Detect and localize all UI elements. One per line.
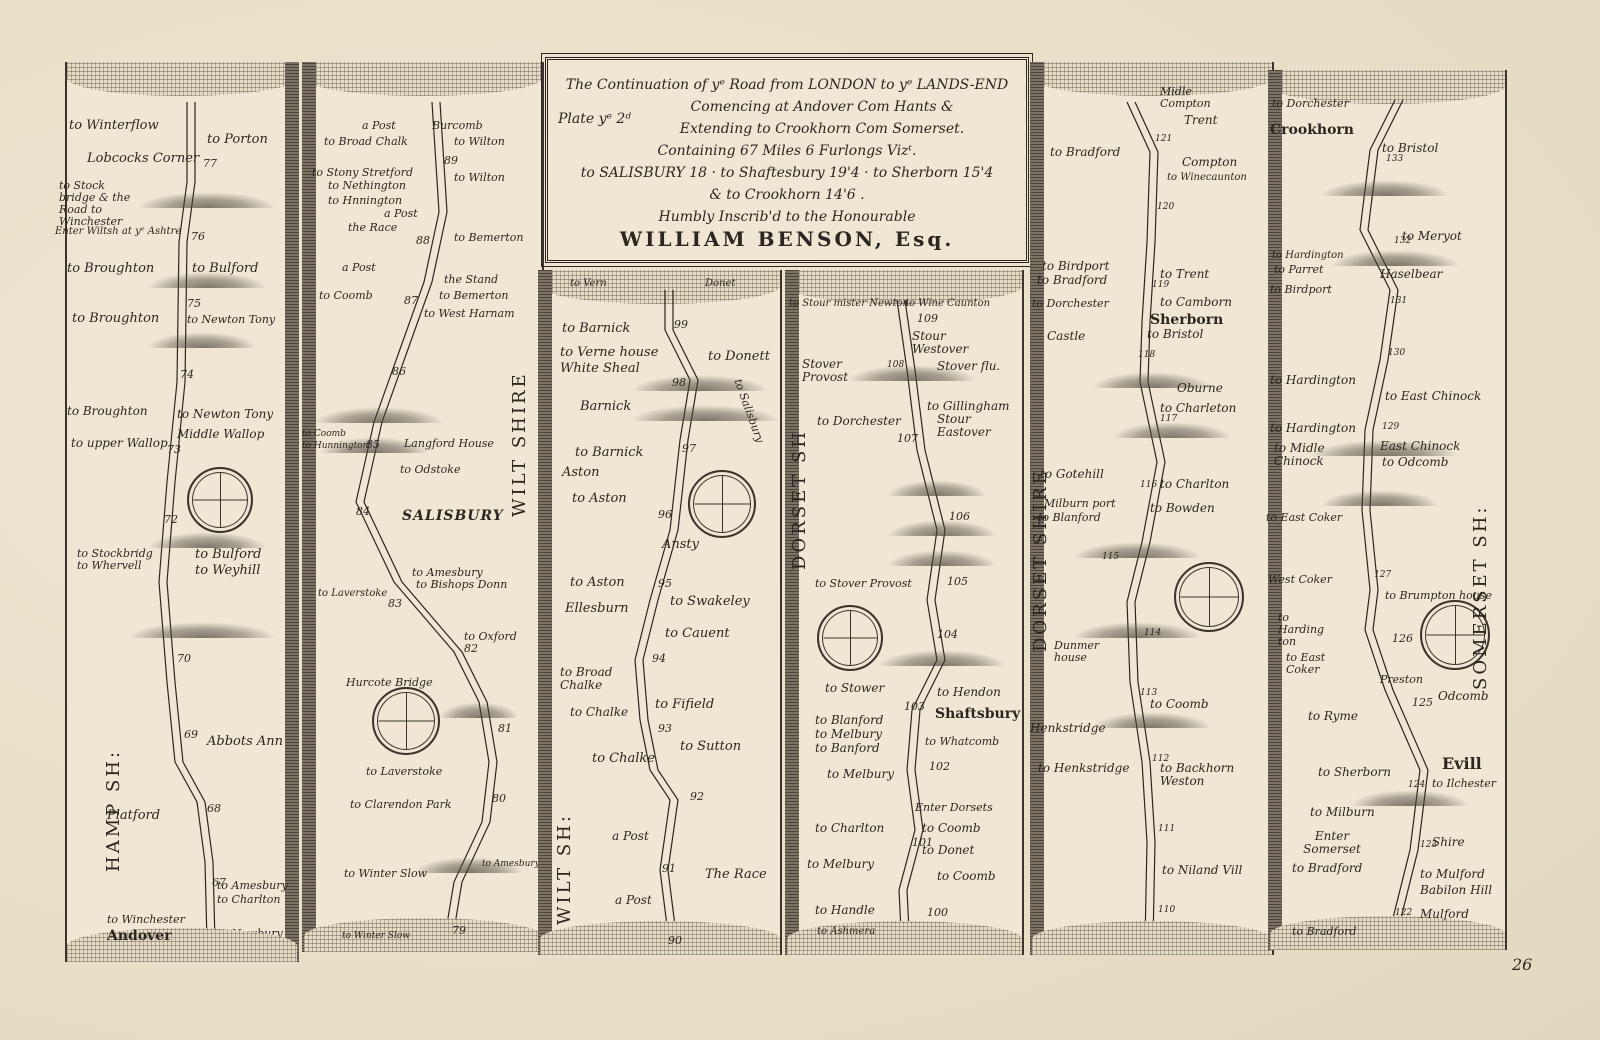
- scroll-roll-bottom: [67, 928, 297, 962]
- scroll-shade: [538, 270, 552, 955]
- label: to Clarendon Park: [350, 799, 452, 811]
- label: Stour Eastover: [937, 413, 997, 439]
- label: to Ashmera: [817, 926, 875, 937]
- label: to Wilton: [454, 172, 505, 184]
- label: Preston: [1380, 674, 1423, 686]
- label: Compton: [1182, 156, 1237, 169]
- label: to Bulford: [195, 548, 261, 562]
- milestone: 85: [366, 438, 380, 451]
- title-line: & to Crookhorn 14'6 .: [548, 184, 1026, 206]
- label: to Backhorn Weston: [1160, 762, 1250, 788]
- milestone: 87: [404, 294, 418, 307]
- label: to Broad Chalk: [324, 136, 408, 148]
- label: to Camborn: [1160, 296, 1232, 309]
- label: to Winter Slow: [344, 868, 427, 880]
- compass-rose-icon: [688, 470, 756, 538]
- label: to West Harnam: [424, 308, 515, 320]
- scroll-shade: [285, 62, 299, 962]
- label: to Ryme: [1308, 710, 1358, 723]
- milestone: 76: [191, 230, 205, 243]
- label: to Hardington: [1272, 250, 1344, 261]
- milestone: 116: [1140, 480, 1157, 490]
- town-sherborn: Sherborn: [1150, 312, 1223, 328]
- label: to Aston: [572, 492, 627, 506]
- milestone: 123: [1420, 840, 1437, 850]
- milestone: 101: [912, 836, 933, 849]
- label: to Hnnington: [328, 195, 402, 207]
- scroll-shade: [1268, 70, 1282, 950]
- label: Dunmer house: [1054, 640, 1104, 664]
- label: to Harding ton: [1278, 612, 1338, 648]
- milestone: 93: [658, 722, 672, 735]
- label: to Wilton: [454, 136, 505, 148]
- label: Milburn port: [1044, 498, 1116, 510]
- label: to Bristol: [1147, 328, 1203, 341]
- label: to Melbury: [827, 768, 894, 781]
- scroll-roll-bottom: [304, 918, 542, 952]
- milestone: 112: [1152, 754, 1169, 764]
- scroll-shade: [302, 62, 316, 952]
- county-label: DORSET SHIRE: [1030, 468, 1051, 652]
- label: Trent: [1184, 114, 1217, 127]
- label: to Bradford: [1292, 862, 1362, 875]
- label: East Chinock: [1380, 440, 1460, 453]
- label: Stover Provost: [802, 358, 852, 384]
- county-label: SOMERSET SH:: [1470, 504, 1491, 690]
- label: to Parret: [1274, 264, 1323, 276]
- town-crookhorn: Crookhorn: [1270, 122, 1354, 138]
- milestone: 114: [1144, 628, 1161, 638]
- label: to Amesbury: [217, 880, 288, 892]
- label: to Verne house: [560, 346, 658, 360]
- label: to Hunnington: [302, 442, 368, 452]
- label: to Coomb: [302, 430, 346, 440]
- label: Hurcote Bridge: [346, 677, 433, 689]
- milestone: 102: [929, 760, 950, 773]
- milestone: 118: [1138, 350, 1155, 360]
- title-line: to SALISBURY 18 · to Shaftesbury 19'4 · …: [548, 162, 1026, 184]
- milestone: 109: [917, 312, 938, 325]
- page-number: 26: [1512, 955, 1532, 974]
- label: to Stock bridge & the Road to Winchester: [59, 180, 139, 228]
- label: Ellesburn: [565, 602, 628, 616]
- label: to Banford: [815, 742, 880, 755]
- label: to Fifield: [655, 698, 714, 712]
- milestone: 80: [492, 792, 506, 805]
- label: to Hendon: [937, 686, 1001, 699]
- hills-icon: [1320, 180, 1450, 196]
- label: a Post: [384, 208, 418, 220]
- label: Enter Dorsets: [915, 802, 993, 814]
- compass-rose-icon: [1174, 562, 1244, 632]
- hills-icon: [1092, 712, 1212, 728]
- label: to Nethington: [328, 180, 406, 192]
- label: to Coomb: [319, 290, 373, 302]
- milestone: 96: [658, 508, 672, 521]
- label: to Odcomb: [1382, 456, 1448, 469]
- milestone: 99: [674, 318, 688, 331]
- label: to Weyhill: [195, 564, 260, 578]
- label: to Dorchester: [1272, 98, 1349, 110]
- label: to Newton Tony: [177, 408, 273, 421]
- strip-shaftsbury: to Stour mister Newton to Wine Caunton S…: [785, 270, 1024, 955]
- label: to Whervell: [77, 560, 141, 572]
- label: to Stover Provost: [815, 578, 912, 590]
- county-label: WILT SH:: [554, 813, 575, 925]
- label: Middle Wallop: [177, 428, 264, 441]
- label: to Swakeley: [670, 595, 750, 609]
- milestone: 98: [672, 376, 686, 389]
- label: to Mulford: [1420, 868, 1485, 881]
- label: to Dorchester: [817, 415, 901, 428]
- label: to Porton: [207, 133, 268, 147]
- label: the Race: [348, 222, 397, 234]
- label: Henkstridge: [1030, 722, 1106, 735]
- scroll-roll-top: [1032, 62, 1272, 96]
- title-cartouche: The Continuation of yᵉ Road from LONDON …: [545, 57, 1029, 263]
- label: Ansty: [662, 538, 699, 552]
- scroll-roll-bottom: [540, 921, 780, 955]
- label: to Stony Stretford: [312, 167, 413, 179]
- milestone: 105: [947, 575, 968, 588]
- title-line: The Continuation of yᵉ Road from LONDON …: [548, 74, 1026, 96]
- label: to Milburn: [1310, 806, 1375, 819]
- label: to Bemerton: [454, 232, 523, 244]
- label: to Broughton: [67, 405, 148, 418]
- label: Babilon Hill: [1420, 884, 1492, 897]
- label: the Stand: [444, 274, 498, 286]
- milestone: 107: [897, 432, 918, 445]
- milestone: 124: [1408, 780, 1425, 790]
- label: to Cauent: [665, 627, 730, 641]
- hills-icon: [1320, 490, 1440, 506]
- label: to Handle: [815, 904, 875, 917]
- label: to Niland Vill: [1162, 864, 1242, 877]
- label: to Vern: [570, 278, 607, 289]
- label: to Midle Chinock: [1274, 442, 1334, 468]
- milestone: 97: [682, 442, 696, 455]
- milestone: 91: [662, 862, 676, 875]
- label: Barnick: [580, 400, 631, 414]
- milestone: 67: [212, 876, 226, 889]
- title-line: Containing 67 Miles 6 Furlongs Vizᵗ.: [548, 140, 1026, 162]
- label: to Coomb: [937, 870, 996, 883]
- milestone: 115: [1102, 552, 1119, 562]
- label: a Post: [362, 120, 396, 132]
- town-evill: Evill: [1442, 754, 1482, 773]
- hills-icon: [439, 702, 519, 718]
- label: to Broughton: [72, 312, 159, 326]
- label: to Melbury: [815, 728, 882, 741]
- label: to Sutton: [680, 740, 741, 754]
- town-andover: Andover: [107, 928, 172, 944]
- label: Lobcocks Corner: [87, 152, 199, 166]
- label: to Odstoke: [400, 464, 460, 476]
- milestone: 103: [904, 700, 925, 713]
- scroll-roll-top: [67, 62, 297, 96]
- label: to Melbury: [807, 858, 874, 871]
- hills-icon: [1112, 422, 1232, 438]
- hills-icon: [887, 520, 997, 536]
- milestone: 69: [184, 728, 198, 741]
- label: to Amesbury: [482, 860, 540, 870]
- town-shaftsbury: Shaftsbury: [935, 706, 1020, 722]
- label: Haselbear: [1380, 268, 1442, 281]
- milestone: 117: [1160, 414, 1177, 424]
- milestone: 74: [180, 368, 194, 381]
- label: Burcomb: [432, 120, 483, 132]
- milestone: 133: [1386, 154, 1403, 164]
- milestone: 89: [444, 154, 458, 167]
- milestone: 125: [1412, 696, 1433, 709]
- label: to East Chinock: [1385, 390, 1481, 403]
- milestone: 127: [1374, 570, 1391, 580]
- label: to upper Wallop: [71, 437, 168, 450]
- dedication-line: Humbly Inscrib'd to the Honourable: [548, 206, 1026, 228]
- milestone: 79: [452, 924, 466, 937]
- label: to Coomb: [1150, 698, 1209, 711]
- label: Stover flu.: [937, 360, 1000, 373]
- compass-rose-icon: [817, 605, 883, 671]
- milestone: 130: [1388, 348, 1405, 358]
- hills-icon: [630, 375, 770, 391]
- strip-crookhorn: to Dorchester to Bristol to Meryot to Ha…: [1268, 70, 1507, 950]
- strip-wiltsh: to Vern Donet to Barnick to Verne house …: [538, 270, 782, 955]
- milestone: 95: [658, 577, 672, 590]
- milestone: 75: [187, 297, 201, 310]
- label: to Bishops Donn: [416, 579, 507, 591]
- milestone: 119: [1152, 280, 1169, 290]
- milestone: 113: [1140, 688, 1157, 698]
- label: to Winterflow: [69, 119, 159, 133]
- label: to Charlton: [815, 822, 884, 835]
- scroll-roll-top: [304, 62, 542, 96]
- label: to Bulford: [192, 262, 258, 276]
- label: Oburne: [1177, 382, 1223, 395]
- label: to Aston: [570, 576, 625, 590]
- hills-icon: [147, 532, 267, 548]
- label: Mulford: [1420, 908, 1469, 921]
- milestone: 72: [164, 513, 178, 526]
- label: to Bradford: [1050, 146, 1120, 159]
- label: to Hardington: [1270, 422, 1356, 435]
- label: to Stower: [825, 682, 884, 695]
- label: to Bowden: [1150, 502, 1215, 515]
- label: Odcomb: [1438, 690, 1489, 703]
- label: to East Coker: [1286, 652, 1336, 676]
- label: Midle Compton: [1160, 86, 1235, 110]
- milestone: 68: [207, 802, 221, 815]
- milestone: 131: [1390, 296, 1407, 306]
- label: West Coker: [1268, 574, 1332, 586]
- milestone: 129: [1382, 422, 1399, 432]
- milestone: 77: [203, 157, 217, 170]
- label: a Post: [342, 262, 376, 274]
- label: to Henkstridge: [1038, 762, 1129, 775]
- label: to Blanford: [815, 714, 883, 727]
- label: to Dorchester: [1032, 298, 1109, 310]
- milestone: 94: [652, 652, 666, 665]
- label: to Charlton: [217, 894, 281, 906]
- label: to Charlton: [1160, 478, 1229, 491]
- hills-icon: [314, 407, 444, 423]
- scroll-shade: [785, 270, 799, 955]
- hills-icon: [137, 192, 277, 208]
- label: Abbots Ann: [207, 735, 283, 749]
- milestone: 73: [167, 443, 181, 456]
- label: a Post: [615, 894, 652, 907]
- label: to Wine Caunton: [905, 298, 990, 309]
- label: to Winter Slow: [342, 932, 410, 942]
- label: to Newton Tony: [187, 314, 275, 326]
- milestone: 132: [1394, 236, 1411, 246]
- label: to Barnick: [575, 446, 643, 460]
- strip-salisbury: a Post Burcomb to Broad Chalk to Wilton …: [302, 62, 544, 952]
- county-label: DORSET SH: [789, 429, 810, 570]
- milestone: 110: [1158, 905, 1175, 915]
- label: to Barnick: [562, 322, 630, 336]
- hills-icon: [887, 550, 997, 566]
- label: to East Coker: [1266, 512, 1342, 524]
- milestone: 106: [949, 510, 970, 523]
- label: to Winecaunton: [1167, 172, 1247, 183]
- milestone: 92: [690, 790, 704, 803]
- milestone: 111: [1158, 824, 1175, 834]
- milestone: 70: [177, 652, 191, 665]
- milestone: 100: [927, 906, 948, 919]
- hills-icon: [127, 622, 277, 638]
- compass-rose-icon: [187, 467, 253, 533]
- milestone: 108: [887, 360, 904, 370]
- milestone: 90: [668, 934, 682, 947]
- town-salisbury: SALISBURY: [402, 508, 504, 524]
- milestone: 82: [464, 642, 478, 655]
- label: to Donett: [708, 350, 770, 364]
- strip-andover: to Winterflow to Porton Lobcocks Corner …: [65, 62, 299, 962]
- label: to Birdport: [1042, 260, 1109, 273]
- hills-icon: [1072, 622, 1202, 638]
- label: Aston: [562, 466, 599, 480]
- label: to Bradford: [1292, 926, 1356, 938]
- milestone: 126: [1392, 632, 1413, 645]
- hills-icon: [887, 480, 987, 496]
- hills-icon: [1072, 542, 1202, 558]
- label: to Birdport: [1270, 284, 1332, 296]
- milestone: 120: [1157, 202, 1174, 212]
- label: to Chalke: [570, 706, 628, 719]
- label: to Hardington: [1270, 374, 1356, 387]
- label: White Sheal: [560, 362, 640, 376]
- county-label: WILT SHIRE: [509, 371, 530, 517]
- label: to Sherborn: [1318, 766, 1391, 779]
- county-label: HAMP SH:: [103, 749, 124, 872]
- milestone: 122: [1395, 908, 1412, 918]
- label: to Laverstoke: [318, 588, 387, 599]
- milestone: 83: [388, 597, 402, 610]
- scroll-roll-bottom: [1032, 921, 1272, 955]
- label: to Stour mister Newton: [789, 298, 909, 309]
- milestone: 121: [1155, 134, 1172, 144]
- dedicatee-name: WILLIAM BENSON, Esq.: [548, 228, 1026, 250]
- label: Stour Westover: [912, 330, 972, 356]
- milestone: 88: [416, 234, 430, 247]
- label: to Winchester: [107, 914, 185, 926]
- label: to Bradford: [1037, 274, 1107, 287]
- label: The Race: [705, 868, 767, 882]
- hills-icon: [1350, 790, 1470, 806]
- milestone: 104: [937, 628, 958, 641]
- milestone: 84: [356, 505, 370, 518]
- label: to Ilchester: [1432, 778, 1496, 790]
- hills-icon: [147, 332, 257, 348]
- label: to Coomb: [922, 822, 981, 835]
- label: Castle: [1047, 330, 1085, 343]
- label: to Broad Chalke: [560, 666, 620, 692]
- label: Enter Wiltsh at yᵉ Ashtre: [55, 226, 181, 237]
- label: to Whatcomb: [925, 736, 999, 748]
- milestone: 86: [392, 365, 406, 378]
- label: Enter Somerset: [1302, 830, 1362, 856]
- hills-icon: [877, 650, 1007, 666]
- label: to Laverstoke: [366, 766, 442, 778]
- plate-label: Plate yᵉ 2ᵈ: [558, 108, 631, 130]
- strip-sherborn: Midle Compton Trent to Bradford Compton …: [1030, 62, 1274, 955]
- label: Langford House: [404, 438, 494, 450]
- hills-icon: [1330, 250, 1460, 266]
- label: Donet: [705, 278, 735, 289]
- label: to Chalke: [592, 752, 655, 766]
- label: to Broughton: [67, 262, 154, 276]
- milestone: 81: [498, 722, 512, 735]
- label: a Post: [612, 830, 649, 843]
- compass-rose-icon: [372, 687, 440, 755]
- label: to Bemerton: [439, 290, 508, 302]
